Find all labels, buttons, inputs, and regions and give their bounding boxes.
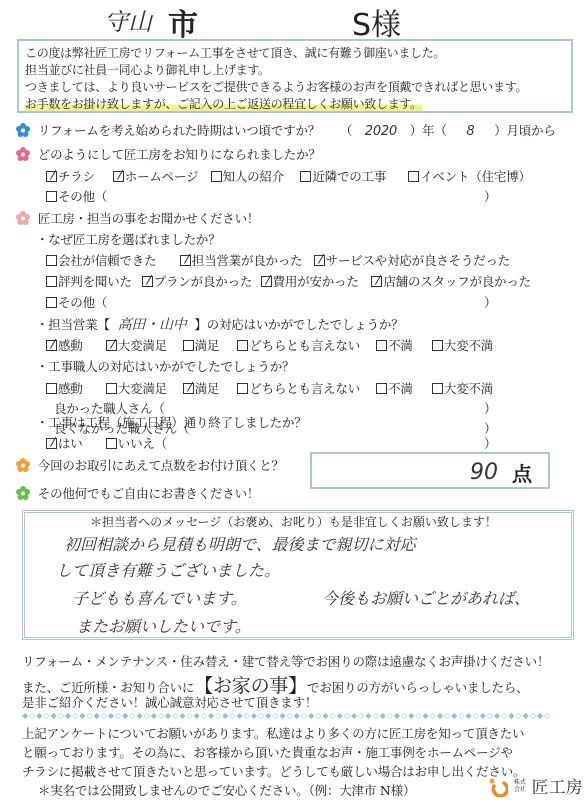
source-options: チラシ ホームページ 知人の紹介 近隣での工事 イベント（住宅博） bbox=[46, 167, 531, 185]
checkbox[interactable] bbox=[300, 171, 311, 182]
logo-mark-icon bbox=[488, 777, 508, 797]
notice-note: ＊実名では公開致しませんのでご安心ください。（例：大津市 N様） bbox=[38, 781, 415, 799]
why-options-row2: 評判を聞いた プランが良かった 費用が安かった 店舗のスタッフが良かった bbox=[46, 272, 531, 290]
comment-line-2: して頂き有難うございました。 bbox=[56, 558, 280, 581]
option-good-plan[interactable]: プランが良かった bbox=[142, 272, 257, 290]
intro-line-4-highlighted: お手数をお掛け致しますが、ご記入の上ご返送の程宜しくお願い致します。 bbox=[25, 97, 422, 111]
logo-corp-label: 株式会社 bbox=[514, 779, 526, 793]
flower-green-icon bbox=[16, 486, 30, 500]
craftsmen-rating-options: 感動 大変満足 満足 どちらとも言えない 不満 大変不満 bbox=[46, 379, 493, 397]
option-good-service[interactable]: サービスや対応が良さそうだった bbox=[314, 251, 511, 269]
question-feedback-label: 匠工房・担当の事をお聞かせください！ bbox=[38, 211, 259, 226]
logo-name: 匠工房 bbox=[532, 778, 583, 798]
option-no[interactable]: いいえ（ bbox=[106, 434, 167, 452]
option-moved[interactable]: 感動 bbox=[46, 336, 102, 354]
checkbox-checked[interactable] bbox=[46, 438, 57, 449]
option-dissatisfied[interactable]: 不満 bbox=[376, 379, 428, 397]
schedule-label: ・工事は工程（施工日程）通り終了しましたか？ bbox=[36, 413, 307, 431]
option-low-cost[interactable]: 費用が安かった bbox=[261, 272, 368, 290]
why-label: ・なぜ匠工房を選ばれましたか？ bbox=[36, 230, 221, 248]
question-source-label: どのようにして匠工房をお知りになられましたか？ bbox=[38, 147, 321, 162]
footer-line-3: 是非ご紹介ください！誠心誠意対応させて頂きます！ bbox=[22, 693, 317, 711]
option-nearby-construction[interactable]: 近隣での工事 bbox=[300, 167, 404, 185]
checkbox-checked[interactable] bbox=[106, 340, 117, 351]
checkbox-checked[interactable] bbox=[371, 276, 382, 287]
comment-line-4: 今後もお願いごとがあれば、 bbox=[322, 586, 530, 609]
checkbox[interactable] bbox=[432, 383, 443, 394]
option-very-satisfied[interactable]: 大変満足 bbox=[106, 379, 179, 397]
option-good-sales[interactable]: 担当営業が良かった bbox=[180, 251, 310, 269]
craftsmen-rating-label: ・工事職人の対応はいかがでしたでしょうか？ bbox=[36, 357, 294, 375]
sales-staff-names[interactable]: 高田・山中 bbox=[118, 317, 187, 333]
option-referral[interactable]: 知人の紹介 bbox=[211, 167, 297, 185]
question-comments: その他何でもご自由にお書きください！ bbox=[16, 484, 259, 502]
checkbox[interactable] bbox=[376, 340, 387, 351]
sales-rating-label: ・担当営業【 高田・山中 】の対応はいかがでしたでしょうか？ bbox=[36, 314, 403, 334]
question-comments-label: その他何でもご自由にお書きください！ bbox=[38, 486, 259, 501]
diamond-divider: ◆◇◆◇◆◇◆◇◆◇◆◇◆◇◆◇◆◇◆◇◆◇◆◇◆◇◆◇◆◇◆◇◆◇◆◇◆◇◆◇… bbox=[22, 712, 574, 720]
sales-rating-options: 感動 大変満足 満足 どちらとも言えない 不満 大変不満 bbox=[46, 336, 493, 354]
checkbox-checked[interactable] bbox=[142, 276, 153, 287]
why-options-row1: 会社が信頼できた 担当営業が良かった サービスや対応が良さそうだった bbox=[46, 251, 510, 269]
score-unit: 点 bbox=[512, 458, 532, 487]
source-other[interactable]: その他（ bbox=[46, 187, 107, 205]
checkbox[interactable] bbox=[106, 383, 117, 394]
score-value[interactable]: 90 bbox=[470, 460, 498, 485]
year-input[interactable]: 2020 bbox=[356, 124, 406, 139]
intro-box: この度は弊社匠工房でリフォーム工事をさせて頂き、誠に有難う御座いました。 担当並… bbox=[17, 39, 573, 113]
company-logo: 株式会社 匠工房 bbox=[488, 773, 583, 798]
option-very-satisfied[interactable]: 大変満足 bbox=[106, 336, 179, 354]
question-feedback: 匠工房・担当の事をお聞かせください！ bbox=[16, 209, 259, 227]
question-source: どのようにして匠工房をお知りになられましたか？ bbox=[16, 145, 321, 163]
option-homepage[interactable]: ホームページ bbox=[113, 167, 207, 185]
option-trust[interactable]: 会社が信頼できた bbox=[46, 251, 176, 269]
checkbox-checked[interactable] bbox=[314, 255, 325, 266]
why-other[interactable]: その他（ bbox=[46, 293, 107, 311]
footer-line-1: リフォーム・メンテナンス・住み替え・建て替え等でお困りの際は遠慮なくお声掛けくだ… bbox=[22, 652, 549, 670]
checkbox-checked[interactable] bbox=[183, 383, 194, 394]
comment-line-5: またお願いしたいです。 bbox=[76, 614, 251, 637]
option-very-dissatisfied[interactable]: 大変不満 bbox=[432, 336, 493, 354]
option-event[interactable]: イベント（住宅博） bbox=[408, 167, 531, 185]
checkbox[interactable] bbox=[46, 276, 57, 287]
question-timing: リフォームを考え始められた時期はいつ頃ですか？ （ 2020 ）年（ 8 ）月頃… bbox=[16, 121, 556, 139]
checkbox[interactable] bbox=[46, 191, 57, 202]
checkbox[interactable] bbox=[432, 340, 443, 351]
intro-line-3: つきましては、より良いサービスをご提供できるようお客様のお声を頂戴できればと思い… bbox=[25, 79, 565, 96]
option-satisfied[interactable]: 満足 bbox=[183, 379, 234, 397]
comment-box-heading: ＊担当者へのメッセージ（お褒め、お叱り）も是非宜しくお願い致します！ bbox=[0, 513, 587, 530]
question-timing-label: リフォームを考え始められた時期はいつ頃ですか？ bbox=[38, 123, 320, 138]
city-suffix: 市 bbox=[168, 0, 198, 44]
option-good-staff[interactable]: 店舗のスタッフが良かった bbox=[371, 272, 531, 290]
customer-name: S様 bbox=[352, 0, 401, 44]
option-neutral[interactable]: どちらとも言えない bbox=[237, 379, 372, 397]
checkbox[interactable] bbox=[376, 383, 387, 394]
checkbox[interactable] bbox=[237, 383, 248, 394]
month-input[interactable]: 8 bbox=[450, 124, 490, 139]
notice-line-1: 上記アンケートについてお願いがあります。私達はより多くの方に匠工房を知って頂きた… bbox=[22, 724, 524, 742]
flower-lightpink-icon bbox=[16, 211, 30, 225]
flower-orange-icon bbox=[16, 458, 30, 472]
intro-line-2: 担当並びに社員一同心より御礼申し上げます。 bbox=[25, 62, 565, 79]
checkbox-checked[interactable] bbox=[261, 276, 272, 287]
option-reputation[interactable]: 評判を聞いた bbox=[46, 272, 138, 290]
checkbox-checked[interactable] bbox=[46, 340, 57, 351]
checkbox-checked[interactable] bbox=[46, 171, 57, 182]
notice-line-2: と願っております。その為に、お客様から頂いた貴重なお声・施工事例をホームページや bbox=[22, 743, 513, 761]
checkbox[interactable] bbox=[46, 255, 57, 266]
comment-line-1: 初回相談から見積も明朗で、最後まで親切に対応 bbox=[64, 532, 416, 555]
checkbox-checked[interactable] bbox=[180, 255, 191, 266]
option-flyer[interactable]: チラシ bbox=[46, 167, 109, 185]
checkbox[interactable] bbox=[46, 383, 57, 394]
notice-line-3: チラシに掲載させて頂きたいと思っています。どうしても厳しい場合はお申し出ください… bbox=[22, 762, 525, 780]
schedule-options: はい いいえ（ bbox=[46, 434, 167, 452]
option-very-dissatisfied[interactable]: 大変不満 bbox=[432, 379, 493, 397]
checkbox[interactable] bbox=[183, 340, 194, 351]
checkbox-checked[interactable] bbox=[113, 171, 124, 182]
flower-pink-icon bbox=[16, 147, 30, 161]
city-handwritten: 守山 bbox=[104, 2, 152, 37]
checkbox[interactable] bbox=[46, 297, 57, 308]
checkbox[interactable] bbox=[211, 171, 222, 182]
option-neutral[interactable]: どちらとも言えない bbox=[237, 336, 372, 354]
checkbox[interactable] bbox=[237, 340, 248, 351]
option-yes[interactable]: はい bbox=[46, 434, 102, 452]
flower-blue-icon bbox=[16, 123, 30, 137]
question-score-label: 今回のお取引にあえて点数をお付け頂くと？ bbox=[38, 458, 284, 473]
question-score: 今回のお取引にあえて点数をお付け頂くと？ bbox=[16, 456, 284, 474]
option-moved[interactable]: 感動 bbox=[46, 379, 102, 397]
option-satisfied[interactable]: 満足 bbox=[183, 336, 234, 354]
option-dissatisfied[interactable]: 不満 bbox=[376, 336, 428, 354]
intro-line-1: この度は弊社匠工房でリフォーム工事をさせて頂き、誠に有難う御座いました。 bbox=[25, 45, 565, 62]
comment-line-3: 子どもも喜んでいます。 bbox=[72, 586, 247, 609]
checkbox[interactable] bbox=[106, 438, 117, 449]
checkbox[interactable] bbox=[408, 171, 419, 182]
